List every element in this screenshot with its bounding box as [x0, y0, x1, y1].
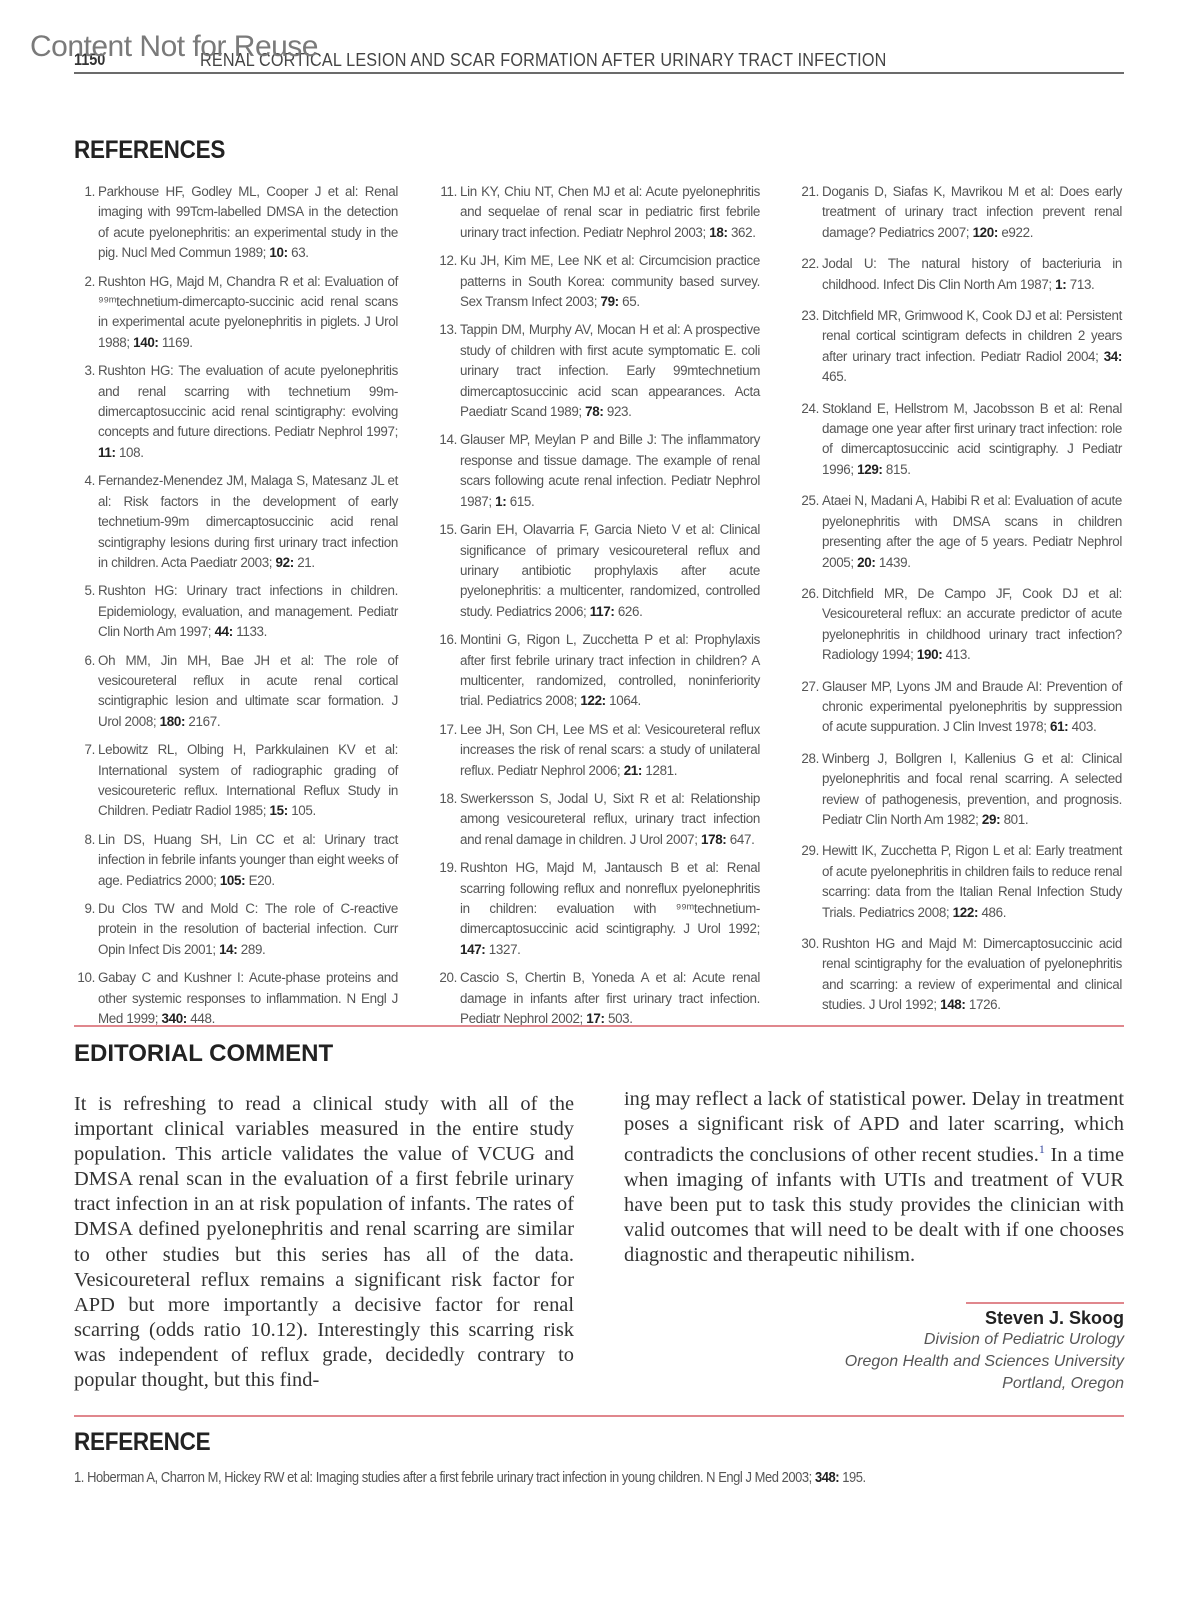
reference-item: 5.Rushton HG: Urinary tract infections i… [74, 581, 398, 642]
section-divider [74, 1025, 1124, 1027]
ref-volume: 20: [857, 555, 875, 570]
ref-pages: 403. [1068, 719, 1096, 734]
author-signature: Steven J. Skoog Division of Pediatric Ur… [845, 1308, 1124, 1395]
ref-text: Glauser MP, Meylan P and Bille J: The in… [460, 430, 760, 512]
reference-item: 18.Swerkersson S, Jodal U, Sixt R et al:… [436, 789, 760, 850]
ref-text: Cascio S, Chertin B, Yoneda A et al: Acu… [460, 968, 760, 1029]
ref-citation: Fernandez-Menendez JM, Malaga S, Matesan… [98, 473, 398, 570]
ref-text: Fernandez-Menendez JM, Malaga S, Matesan… [98, 471, 398, 573]
ref-volume: 148: [940, 997, 965, 1012]
ref-pages: 195. [839, 1470, 866, 1486]
section-divider [74, 1415, 1124, 1417]
ref-text: Lee JH, Son CH, Lee MS et al: Vesicouret… [460, 720, 760, 781]
ref-number: 2. [74, 272, 98, 354]
ref-number: 9. [74, 899, 98, 960]
ref-volume: 29: [982, 812, 1000, 827]
ref-volume: 92: [276, 555, 294, 570]
ref-citation: Rushton HG: The evaluation of acute pyel… [98, 363, 398, 439]
editorial-column-1: It is refreshing to read a clinical stud… [74, 1092, 574, 1393]
ref-text: Rushton HG: The evaluation of acute pyel… [98, 361, 398, 463]
ref-volume: 129: [857, 462, 882, 477]
ref-number: 16. [436, 630, 460, 712]
ref-citation: Gabay C and Kushner I: Acute-phase prote… [98, 970, 398, 1026]
ref-text: Ditchfield MR, Grimwood K, Cook DJ et al… [822, 306, 1122, 388]
journal-page: Content Not for Reuse 1150 RENAL CORTICA… [0, 0, 1200, 1606]
ref-pages: 1064. [606, 693, 641, 708]
ref-volume: 105: [220, 873, 245, 888]
reference-item: 23.Ditchfield MR, Grimwood K, Cook DJ et… [798, 306, 1122, 388]
ref-volume: 117: [590, 604, 615, 619]
references-column-2: 11.Lin KY, Chiu NT, Chen MJ et al: Acute… [436, 182, 760, 1037]
ref-volume: 147: [460, 942, 485, 957]
ref-number: 3. [74, 361, 98, 463]
ref-volume: 21: [624, 763, 642, 778]
ref-text: Lin KY, Chiu NT, Chen MJ et al: Acute py… [460, 182, 760, 243]
reference-item: 11.Lin KY, Chiu NT, Chen MJ et al: Acute… [436, 182, 760, 243]
ref-number: 5. [74, 581, 98, 642]
ref-text: Tappin DM, Murphy AV, Mocan H et al: A p… [460, 320, 760, 422]
ref-number: 29. [798, 841, 822, 923]
ref-text: Ataei N, Madani A, Habibi R et al: Evalu… [822, 491, 1122, 573]
reference-item: 1.Parkhouse HF, Godley ML, Cooper J et a… [74, 182, 398, 264]
ref-text: Lin DS, Huang SH, Lin CC et al: Urinary … [98, 830, 398, 891]
ref-volume: 78: [585, 404, 603, 419]
ref-number: 7. [74, 740, 98, 822]
ref-pages: 615. [506, 494, 534, 509]
ref-number: 27. [798, 677, 822, 738]
ref-number: 13. [436, 320, 460, 422]
ref-pages: 362. [728, 225, 756, 240]
ref-text: Du Clos TW and Mold C: The role of C-rea… [98, 899, 398, 960]
ref-volume: 340: [162, 1011, 187, 1026]
ref-number: 17. [436, 720, 460, 781]
ref-volume: 17: [586, 1011, 604, 1026]
ref-pages: 105. [288, 803, 316, 818]
ref-number: 10. [74, 968, 98, 1029]
author-institution: Oregon Health and Sciences University [845, 1351, 1124, 1373]
ref-number: 6. [74, 651, 98, 733]
ref-pages: 801. [1000, 812, 1028, 827]
ref-number: 15. [436, 520, 460, 622]
reference-item: 16.Montini G, Rigon L, Zucchetta P et al… [436, 630, 760, 712]
ref-text: Lebowitz RL, Olbing H, Parkkulainen KV e… [98, 740, 398, 822]
ref-pages: 1133. [233, 624, 267, 639]
ref-volume: 44: [215, 624, 233, 639]
ref-volume: 180: [160, 714, 185, 729]
ref-volume: 15: [270, 803, 288, 818]
ref-volume: 34: [1104, 349, 1122, 364]
ref-number: 11. [436, 182, 460, 243]
ref-number: 21. [798, 182, 822, 243]
ref-citation: Ditchfield MR, De Campo JF, Cook DJ et a… [822, 586, 1122, 662]
reference-item: 17.Lee JH, Son CH, Lee MS et al: Vesicou… [436, 720, 760, 781]
ref-volume: 10: [269, 245, 287, 260]
watermark: Content Not for Reuse [30, 30, 318, 64]
ref-pages: 65. [619, 294, 640, 309]
ref-pages: E20. [245, 873, 275, 888]
ref-pages: 413. [942, 647, 970, 662]
ref-text: Rushton HG and Majd M: Dimercaptosuccini… [822, 934, 1122, 1016]
ref-text: Gabay C and Kushner I: Acute-phase prote… [98, 968, 398, 1029]
reference-item: 27.Glauser MP, Lyons JM and Braude AI: P… [798, 677, 1122, 738]
signature-divider [966, 1302, 1124, 1304]
ref-text: Hoberman A, Charron M, Hickey RW et al: … [87, 1470, 815, 1486]
reference-item: 19.Rushton HG, Majd M, Jantausch B et al… [436, 858, 760, 960]
ref-volume: 79: [600, 294, 618, 309]
ref-citation: Winberg J, Bollgren I, Kallenius G et al… [822, 751, 1122, 827]
ref-number: 22. [798, 254, 822, 295]
reference-item: 30.Rushton HG and Majd M: Dimercaptosucc… [798, 934, 1122, 1016]
ref-volume: 1: [495, 494, 506, 509]
ref-pages: 486. [978, 905, 1006, 920]
reference-item: 3.Rushton HG: The evaluation of acute py… [74, 361, 398, 463]
ref-text: Parkhouse HF, Godley ML, Cooper J et al:… [98, 182, 398, 264]
reference-item: 9.Du Clos TW and Mold C: The role of C-r… [74, 899, 398, 960]
ref-pages: 1169. [159, 335, 193, 350]
ref-text: Doganis D, Siafas K, Mavrikou M et al: D… [822, 182, 1122, 243]
ref-volume: 190: [917, 647, 942, 662]
ref-number: 25. [798, 491, 822, 573]
ref-pages: 465. [822, 369, 847, 384]
ref-volume: 11: [98, 445, 116, 460]
references-column-1: 1.Parkhouse HF, Godley ML, Cooper J et a… [74, 182, 398, 1037]
ref-text: Hewitt IK, Zucchetta P, Rigon L et al: E… [822, 841, 1122, 923]
references-heading: REFERENCES [74, 136, 225, 165]
ref-number: 1. [74, 1470, 84, 1486]
ref-citation: Lee JH, Son CH, Lee MS et al: Vesicouret… [460, 722, 760, 778]
ref-pages: 108. [116, 445, 144, 460]
ref-pages: e922. [998, 225, 1033, 240]
ref-volume: 348: [815, 1470, 839, 1486]
ref-pages: 1327. [485, 942, 520, 957]
ref-text: Rushton HG, Majd M, Chandra R et al: Eva… [98, 272, 398, 354]
ref-pages: 923. [603, 404, 631, 419]
ref-volume: 178: [701, 832, 726, 847]
ref-pages: 503. [605, 1011, 633, 1026]
ref-text: Ditchfield MR, De Campo JF, Cook DJ et a… [822, 584, 1122, 666]
ref-volume: 140: [133, 335, 158, 350]
ref-text: Ku JH, Kim ME, Lee NK et al: Circumcisio… [460, 251, 760, 312]
ref-number: 1. [74, 182, 98, 264]
ref-number: 12. [436, 251, 460, 312]
author-location: Portland, Oregon [845, 1373, 1124, 1395]
ref-pages: 626. [614, 604, 642, 619]
reference-item: 2.Rushton HG, Majd M, Chandra R et al: E… [74, 272, 398, 354]
author-name: Steven J. Skoog [845, 1308, 1124, 1329]
ref-citation: Lebowitz RL, Olbing H, Parkkulainen KV e… [98, 742, 398, 818]
ref-pages: 1726. [966, 997, 1001, 1012]
ref-number: 20. [436, 968, 460, 1029]
ref-pages: 647. [726, 832, 754, 847]
ref-text: Oh MM, Jin MH, Bae JH et al: The role of… [98, 651, 398, 733]
ref-text: Montini G, Rigon L, Zucchetta P et al: P… [460, 630, 760, 712]
ref-text: Stokland E, Hellstrom M, Jacobsson B et … [822, 399, 1122, 481]
ref-pages: 815. [883, 462, 911, 477]
ref-pages: 448. [187, 1011, 215, 1026]
reference-item: 29.Hewitt IK, Zucchetta P, Rigon L et al… [798, 841, 1122, 923]
ref-pages: 2167. [185, 714, 220, 729]
ref-text: Rushton HG, Majd M, Jantausch B et al: R… [460, 858, 760, 960]
reference-item: 15.Garin EH, Olavarria F, Garcia Nieto V… [436, 520, 760, 622]
ref-pages: 713. [1066, 277, 1094, 292]
ref-number: 28. [798, 749, 822, 831]
ref-volume: 122: [580, 693, 605, 708]
ref-volume: 1: [1055, 277, 1066, 292]
references-list: 1.Parkhouse HF, Godley ML, Cooper J et a… [74, 182, 1124, 1037]
ref-pages: 1439. [875, 555, 910, 570]
ref-number: 24. [798, 399, 822, 481]
ref-citation: Rushton HG, Majd M, Jantausch B et al: R… [460, 860, 760, 936]
ref-number: 8. [74, 830, 98, 891]
ref-volume: 18: [709, 225, 727, 240]
ref-number: 26. [798, 584, 822, 666]
reference-item: 6.Oh MM, Jin MH, Bae JH et al: The role … [74, 651, 398, 733]
reference-item: 8.Lin DS, Huang SH, Lin CC et al: Urinar… [74, 830, 398, 891]
reference-item: 28.Winberg J, Bollgren I, Kallenius G et… [798, 749, 1122, 831]
ref-text: Swerkersson S, Jodal U, Sixt R et al: Re… [460, 789, 760, 850]
ref-citation: Ditchfield MR, Grimwood K, Cook DJ et al… [822, 308, 1122, 364]
ref-number: 19. [436, 858, 460, 960]
ref-volume: 122: [953, 905, 978, 920]
reference-item: 10.Gabay C and Kushner I: Acute-phase pr… [74, 968, 398, 1029]
ref-pages: 289. [237, 942, 265, 957]
reference-item: 24.Stokland E, Hellstrom M, Jacobsson B … [798, 399, 1122, 481]
ref-citation: Oh MM, Jin MH, Bae JH et al: The role of… [98, 653, 398, 729]
reference-item: 21.Doganis D, Siafas K, Mavrikou M et al… [798, 182, 1122, 243]
ref-text: Winberg J, Bollgren I, Kallenius G et al… [822, 749, 1122, 831]
ref-volume: 61: [1050, 719, 1068, 734]
ref-number: 14. [436, 430, 460, 512]
ref-number: 4. [74, 471, 98, 573]
ref-pages: 1281. [642, 763, 677, 778]
references-column-3: 21.Doganis D, Siafas K, Mavrikou M et al… [798, 182, 1122, 1037]
ref-text: Rushton HG: Urinary tract infections in … [98, 581, 398, 642]
reference-item: 20.Cascio S, Chertin B, Yoneda A et al: … [436, 968, 760, 1029]
ref-text: Garin EH, Olavarria F, Garcia Nieto V et… [460, 520, 760, 622]
reference-item: 13.Tappin DM, Murphy AV, Mocan H et al: … [436, 320, 760, 422]
reference-item: 4.Fernandez-Menendez JM, Malaga S, Mates… [74, 471, 398, 573]
reference-heading: REFERENCE [74, 1428, 210, 1457]
ref-volume: 14: [219, 942, 237, 957]
ref-pages: 63. [288, 245, 309, 260]
reference-item: 12.Ku JH, Kim ME, Lee NK et al: Circumci… [436, 251, 760, 312]
author-division: Division of Pediatric Urology [845, 1329, 1124, 1351]
ref-number: 30. [798, 934, 822, 1016]
ref-number: 18. [436, 789, 460, 850]
reference-item: 14.Glauser MP, Meylan P and Bille J: The… [436, 430, 760, 512]
ref-number: 23. [798, 306, 822, 388]
ref-volume: 120: [973, 225, 998, 240]
reference-item: 25.Ataei N, Madani A, Habibi R et al: Ev… [798, 491, 1122, 573]
editorial-comment-heading: EDITORIAL COMMENT [74, 1040, 333, 1068]
ref-text: Glauser MP, Lyons JM and Braude AI: Prev… [822, 677, 1122, 738]
reference-item: 26.Ditchfield MR, De Campo JF, Cook DJ e… [798, 584, 1122, 666]
ref-citation: Parkhouse HF, Godley ML, Cooper J et al:… [98, 184, 398, 260]
reference-item: 7.Lebowitz RL, Olbing H, Parkkulainen KV… [74, 740, 398, 822]
reference-item: 22.Jodal U: The natural history of bacte… [798, 254, 1122, 295]
ref-text: Jodal U: The natural history of bacteriu… [822, 254, 1122, 295]
editorial-reference-item: 1. Hoberman A, Charron M, Hickey RW et a… [74, 1470, 1019, 1486]
ref-pages: 21. [294, 555, 315, 570]
